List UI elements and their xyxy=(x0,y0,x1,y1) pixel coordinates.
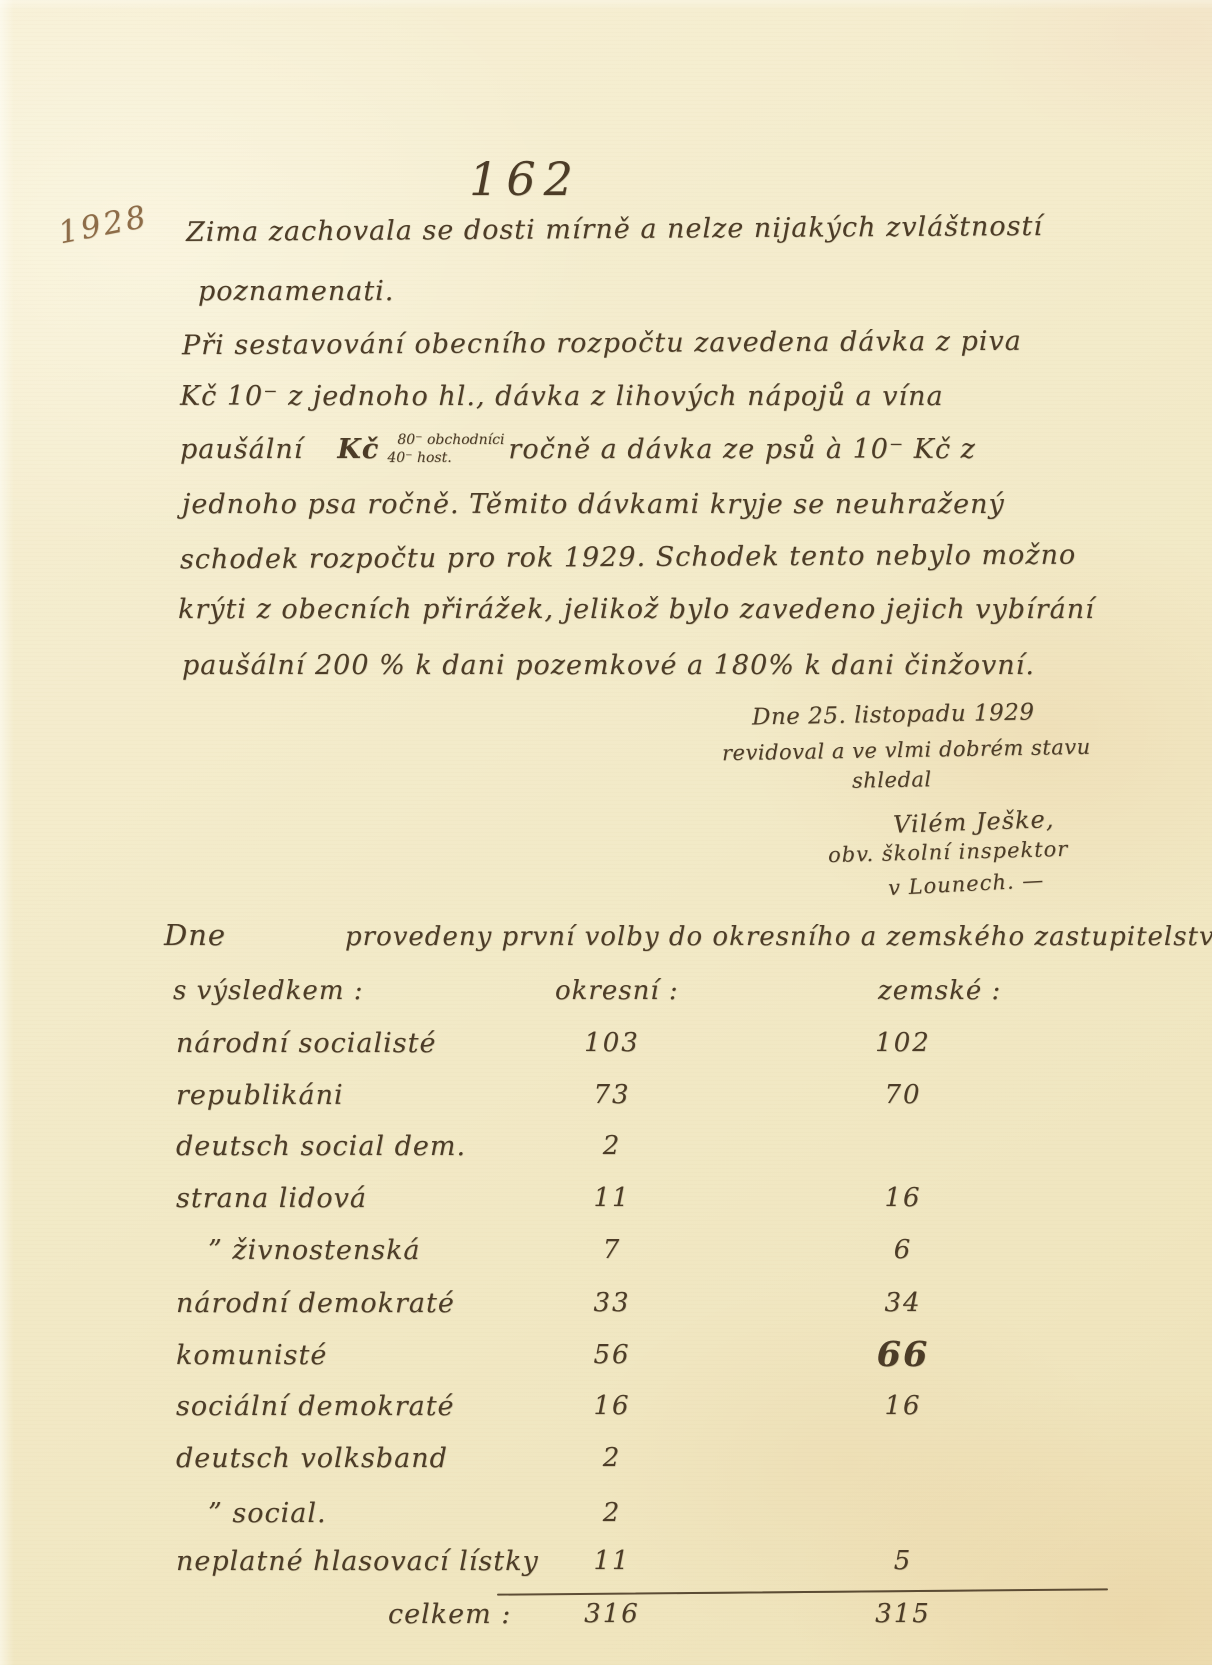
rate-innkeepers: 40⁻ host. xyxy=(387,451,494,465)
zemske-value: 102 xyxy=(833,1028,973,1058)
table-row: neplatné hlasovací lístky 11 5 xyxy=(0,1546,1212,1586)
party-name: deutsch social dem. xyxy=(176,1131,466,1162)
inspector-signature: Vilém Ješke, xyxy=(893,805,1055,839)
table-row: strana lidová 11 16 xyxy=(0,1183,1212,1223)
zemske-value: 16 xyxy=(833,1183,973,1213)
revision-statement-line: shledal xyxy=(852,767,932,792)
table-row: komunisté 56 66 xyxy=(0,1340,1212,1380)
revision-statement-line: revidoval a ve vlmi dobrém stavu xyxy=(722,735,1091,765)
election-intro-text: provedeny první volby do okresního a zem… xyxy=(345,922,1212,952)
table-row: ” social. 2 xyxy=(0,1498,1212,1538)
rate-merchants: 80⁻ obchodníci xyxy=(397,433,504,447)
party-name: neplatné hlasovací lístky xyxy=(176,1546,539,1577)
results-label: s výsledkem : xyxy=(173,976,364,1006)
zemske-value: 5 xyxy=(833,1546,973,1576)
party-name: národní demokraté xyxy=(176,1288,455,1319)
total-label: celkem : xyxy=(388,1599,511,1630)
party-name: deutsch volksband xyxy=(176,1443,448,1474)
chronicle-text-line: schodek rozpočtu pro rok 1929. Schodek t… xyxy=(180,540,1076,576)
chronicle-text-line: Kč 10⁻ z jednoho hl., dávka z lihových n… xyxy=(180,381,944,412)
party-name: ” social. xyxy=(208,1498,327,1529)
zemske-value: 6 xyxy=(833,1235,973,1265)
party-name: republikáni xyxy=(176,1080,344,1111)
okresni-value: 33 xyxy=(542,1288,682,1318)
okresni-value: 73 xyxy=(542,1080,682,1110)
page-number: 162 xyxy=(425,152,625,206)
chronicle-text-line: paušální 200 % k dani pozemkové a 180% k… xyxy=(182,650,1035,681)
signature-place: v Lounech. — xyxy=(887,868,1044,900)
zemske-value: 34 xyxy=(833,1288,973,1318)
total-row: celkem : 316 315 xyxy=(0,1599,1212,1639)
total-okresni-value: 316 xyxy=(542,1599,682,1629)
table-row: republikáni 73 70 xyxy=(0,1080,1212,1120)
currency-label: Kč xyxy=(337,434,379,465)
column-header-zemske: zemské : xyxy=(878,976,1001,1006)
zemske-value: 66 xyxy=(833,1334,973,1375)
election-intro-date-word: Dne xyxy=(164,918,226,952)
column-header-okresni: okresní : xyxy=(555,976,679,1006)
okresni-value: 56 xyxy=(542,1340,682,1370)
total-rule xyxy=(497,1588,1108,1595)
okresni-value: 11 xyxy=(542,1546,682,1576)
chronicle-text-line: jednoho psa ročně. Těmito dávkami kryje … xyxy=(182,489,1005,520)
interlinear-rate-note: 80⁻ obchodníci40⁻ host. xyxy=(387,437,494,465)
table-row: národní demokraté 33 34 xyxy=(0,1288,1212,1328)
table-row: deutsch social dem. 2 xyxy=(0,1131,1212,1171)
okresni-value: 11 xyxy=(542,1183,682,1213)
party-name: ” živnostenská xyxy=(208,1235,421,1266)
zemske-value: 16 xyxy=(833,1391,973,1421)
okresni-value: 2 xyxy=(542,1443,682,1473)
line-word: paušální xyxy=(180,434,303,465)
okresni-value: 2 xyxy=(542,1131,682,1161)
revision-date-line: Dne 25. listopadu 1929 xyxy=(752,700,1035,731)
table-row: národní socialisté 103 102 xyxy=(0,1028,1212,1068)
okresni-value: 7 xyxy=(542,1235,682,1265)
chronicle-text-line: Při sestavování obecního rozpočtu zavede… xyxy=(182,326,1022,361)
table-row: ” živnostenská 7 6 xyxy=(0,1235,1212,1275)
zemske-value: 70 xyxy=(833,1080,973,1110)
party-name: národní socialisté xyxy=(176,1028,436,1059)
party-name: sociální demokraté xyxy=(176,1391,455,1422)
signature-title: obv. školní inspektor xyxy=(828,837,1069,867)
chronicle-text-line: Zima zachovala se dosti mírně a nelze ni… xyxy=(186,211,1043,248)
chronicle-text-line: poznamenati. xyxy=(198,276,394,307)
chronicle-text-line: paušálníKč80⁻ obchodníci40⁻ host.ročně a… xyxy=(180,434,976,465)
okresni-value: 103 xyxy=(542,1028,682,1058)
table-row: sociální demokraté 16 16 xyxy=(0,1391,1212,1431)
chronicle-page: 162 1928 Zima zachovala se dosti mírně a… xyxy=(0,0,1212,1665)
total-zemske-value: 315 xyxy=(833,1599,973,1629)
party-name: komunisté xyxy=(176,1340,327,1371)
margin-year-label: 1928 xyxy=(55,199,151,252)
party-name: strana lidová xyxy=(176,1183,367,1214)
line-rest: ročně a dávka ze psů à 10⁻ Kč z xyxy=(508,434,975,465)
chronicle-text-line: krýti z obecních přirážek, jelikož bylo … xyxy=(178,594,1095,625)
okresni-value: 2 xyxy=(542,1498,682,1528)
okresni-value: 16 xyxy=(542,1391,682,1421)
table-row: deutsch volksband 2 xyxy=(0,1443,1212,1483)
